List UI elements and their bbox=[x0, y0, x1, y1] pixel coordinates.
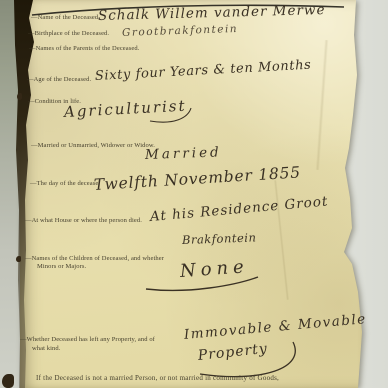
binding-speck bbox=[16, 256, 21, 262]
binding-speck bbox=[17, 93, 22, 100]
field-label-age: —Age of the Deceased. bbox=[27, 76, 91, 83]
field-label-birthplace: —Birthplace of the Deceased. bbox=[28, 30, 109, 37]
field-label-property-line1: —Whether Deceased has left any Property,… bbox=[20, 336, 155, 343]
field-label-property-line2: what kind. bbox=[32, 345, 60, 352]
field-label-children-line2: Minors or Majors. bbox=[37, 263, 86, 270]
field-label-decease-day: —The day of the decease. bbox=[30, 180, 100, 187]
footer-printed-text: If the Deceased is not a married Person,… bbox=[36, 374, 279, 382]
photographed-register-page: —Name of the Deceased. Schalk Willem van… bbox=[0, 0, 388, 388]
field-label-name: —Name of the Deceased. bbox=[31, 14, 100, 21]
field-label-marital: —Married or Unmarried, Widower or Widow. bbox=[31, 142, 155, 149]
field-label-parents: —Names of the Parents of the Deceased. bbox=[29, 45, 139, 52]
field-label-place-of-death: —At what House or where the person died. bbox=[25, 217, 142, 224]
field-label-children-line1: —Names of the Children of Deceased, and … bbox=[25, 255, 164, 262]
ink-blot bbox=[2, 374, 14, 388]
field-value-place-of-death-line2: Brakfontein bbox=[182, 230, 257, 247]
field-value-marital: Married bbox=[145, 144, 222, 163]
